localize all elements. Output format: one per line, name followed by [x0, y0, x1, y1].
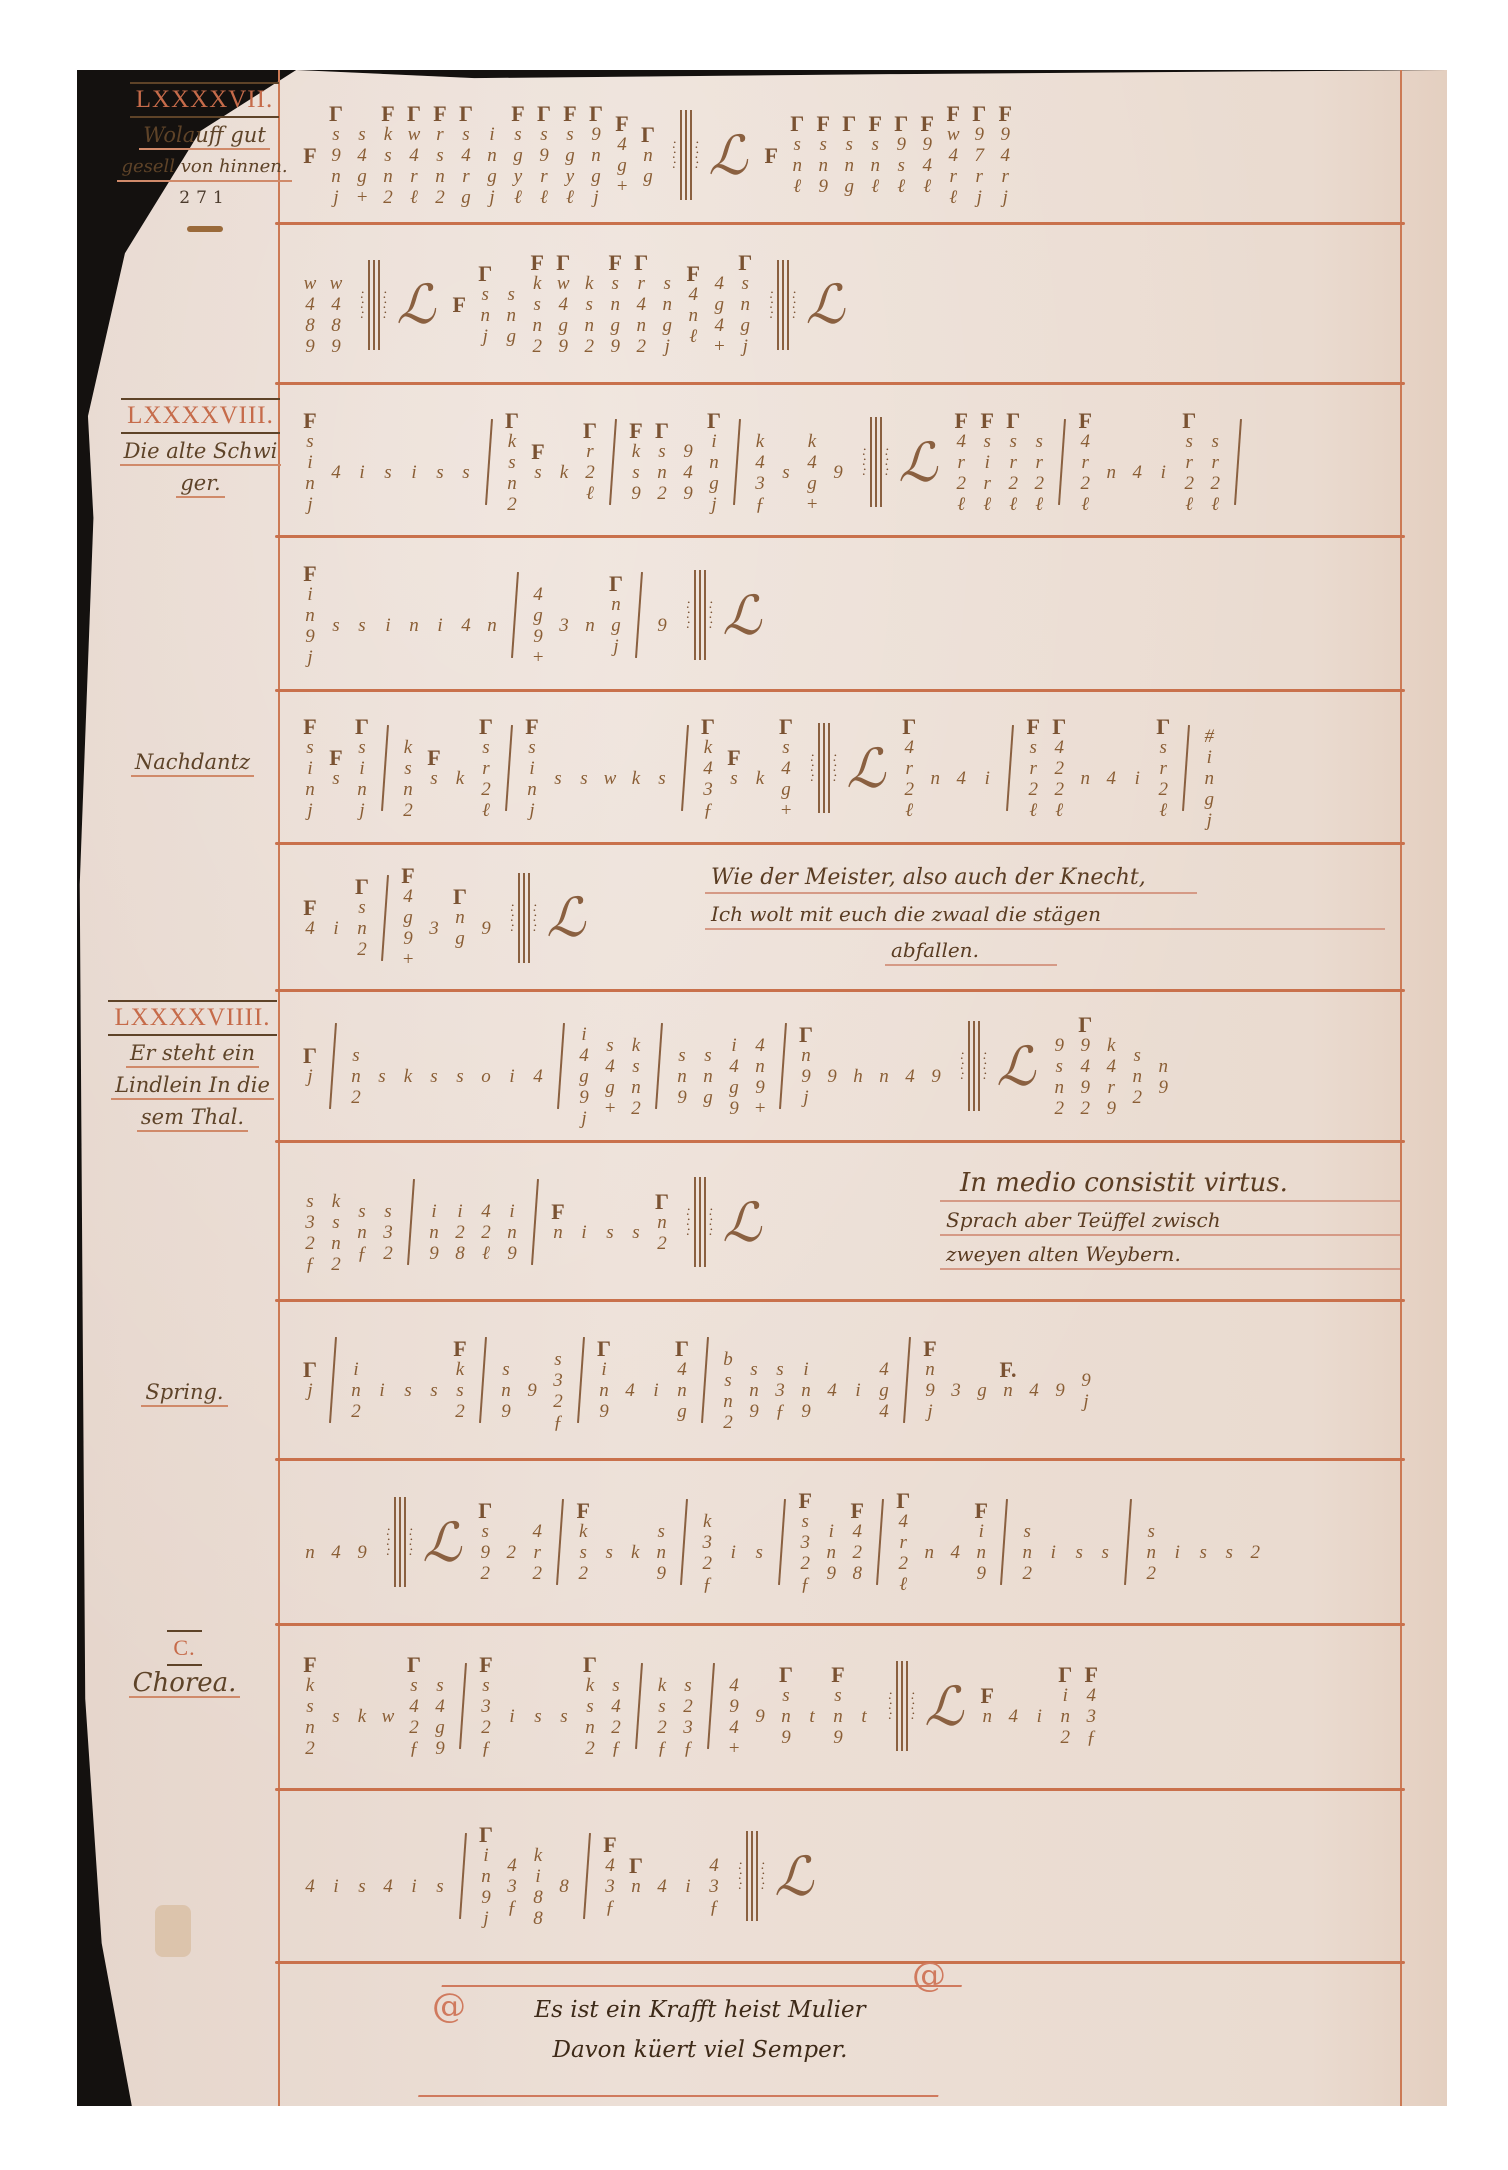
tab-chord: bsn2	[718, 1328, 738, 1433]
rhythm-flag: F	[629, 420, 642, 441]
tab-letter: ℓ	[482, 800, 490, 821]
tab-letter: 9	[1055, 1380, 1065, 1401]
tab-chord: k4r9	[1101, 1014, 1121, 1119]
tab-letter: ƒ	[657, 1738, 667, 1759]
tab-letter: r	[436, 124, 443, 145]
tab-letter: i	[1135, 768, 1140, 789]
tab-chord: s	[430, 1855, 450, 1897]
tab-letter: ℓ	[586, 483, 594, 504]
tab-chord: i	[326, 897, 346, 939]
tab-chord: Γsnj	[475, 263, 495, 347]
tab-chord: #ingj	[1199, 705, 1219, 831]
tab-chord: Fs32ƒ	[476, 1654, 496, 1759]
tab-chord: n	[300, 1521, 320, 1563]
tab-letter: i	[307, 584, 312, 605]
tab-letter: j	[613, 636, 618, 657]
tab-letter: s	[436, 1675, 443, 1696]
tab-chord: Fs32ƒ	[795, 1490, 815, 1595]
tab-chord: Γw4rℓ	[404, 103, 424, 208]
tab-letter: 2	[657, 1233, 667, 1254]
rhythm-flag	[607, 1521, 613, 1542]
tab-letter: s	[540, 124, 547, 145]
rhythm-flag	[1149, 1500, 1155, 1521]
rhythm-flag: Γ	[453, 886, 467, 907]
tab-letter: g	[807, 473, 817, 494]
tab-letter: 2	[1009, 473, 1019, 494]
tab-staff: Fsinj 4 i s i s sΓksn2Fs kΓr2ℓFks9Γsn2 9…	[300, 392, 1390, 532]
tab-letter: ℓ	[899, 1574, 907, 1595]
tab-chord: F4g+	[612, 113, 632, 197]
rhythm-flag	[1037, 1685, 1043, 1706]
paper-stain	[155, 1905, 191, 1957]
rhythm-flag: Γ	[556, 252, 570, 273]
rhythm-flag: Γ	[641, 124, 655, 145]
tab-chord: i	[678, 1855, 698, 1897]
rhythm-flag	[907, 1045, 913, 1066]
tab-chord: n	[925, 747, 945, 789]
tab-letter: i	[685, 1876, 690, 1897]
tab-chord: sn9	[672, 1024, 692, 1108]
rhythm-flag	[509, 1834, 515, 1855]
rhythm-flag: F	[551, 1201, 564, 1222]
tab-chord: i	[352, 441, 372, 483]
folio-number: 271	[112, 188, 297, 208]
tab-letter: n	[657, 1212, 667, 1233]
rhythm-flag: Γ	[779, 1664, 793, 1685]
tab-letter: k	[560, 462, 568, 483]
tab-letter: n	[507, 305, 517, 326]
tab-letter: 3	[801, 1532, 811, 1553]
tab-chord: s42ƒ	[606, 1654, 626, 1759]
tab-letter: s	[566, 124, 573, 145]
scroll-curl-right-icon: @	[912, 1955, 946, 1995]
tab-chord: 9	[352, 1521, 372, 1563]
tab-letter: 2	[637, 336, 647, 357]
rhythm-flag	[659, 1500, 665, 1521]
tab-letter: 4	[507, 1855, 517, 1876]
tab-letter: i	[855, 1380, 860, 1401]
staff-rule	[275, 1961, 1405, 1964]
tab-chord: F4r2ℓ	[951, 410, 971, 515]
tab-chord: i	[1043, 1521, 1063, 1563]
tab-chord: s4g+	[600, 1014, 620, 1119]
tab-letter: k	[384, 124, 392, 145]
rhythm-flag: F	[869, 113, 882, 134]
tab-letter: s	[358, 1876, 365, 1897]
tab-letter: s	[514, 124, 521, 145]
final-barline-flourish-icon: ::::::ℒ	[386, 1497, 461, 1587]
tab-letter: 2	[899, 1553, 909, 1574]
rhythm-flag: F	[831, 1664, 844, 1685]
tab-letter: ℓ	[1081, 494, 1089, 515]
barline	[505, 725, 513, 811]
piece-title-line: Chorea.	[129, 1670, 241, 1698]
tab-letter: n	[677, 1380, 687, 1401]
tab-letter: s	[554, 768, 561, 789]
tab-letter: 2	[351, 1401, 361, 1422]
tab-chord: Γ4r2ℓ	[899, 716, 919, 821]
tab-chord: sn2	[1141, 1500, 1161, 1584]
rhythm-flag: Γ	[779, 716, 793, 737]
tab-letter: 8	[331, 315, 341, 336]
tab-letter: n	[1061, 1706, 1071, 1727]
tab-chord: 4g4+	[709, 252, 729, 357]
tab-letter: 2	[703, 1553, 713, 1574]
rhythm-flag	[431, 1180, 437, 1201]
tab-letter: k	[456, 1359, 464, 1380]
tab-letter: 3	[755, 473, 765, 494]
tab-letter: s	[1030, 737, 1037, 758]
tab-letter: 9	[591, 124, 601, 145]
barline	[635, 572, 643, 658]
tab-letter: n	[827, 1542, 837, 1563]
tab-chord: t	[802, 1685, 822, 1727]
tab-letter: n	[833, 1706, 843, 1727]
tab-chord: s32ƒ	[300, 1170, 320, 1275]
tab-letter: y	[514, 166, 522, 187]
rhythm-flag	[711, 1834, 717, 1855]
rhythm-flag	[385, 1180, 391, 1201]
tab-letter: ℓ	[1009, 494, 1017, 515]
tab-chord: k43ƒ	[750, 410, 770, 515]
tab-letter: s	[782, 462, 789, 483]
tab-letter: s	[872, 134, 879, 155]
tab-letter: 2	[507, 494, 517, 515]
tab-letter: 4	[617, 134, 627, 155]
tab-chord: ks2ƒ	[652, 1654, 672, 1759]
rhythm-flag	[933, 1045, 939, 1066]
tab-letter: n	[689, 305, 699, 326]
tab-letter: +	[604, 1098, 617, 1119]
tab-chord: s	[398, 1359, 418, 1401]
tab-letter: g	[533, 605, 543, 626]
tab-chord: 9	[1050, 1359, 1070, 1401]
tab-letter: 4	[729, 1675, 739, 1696]
tab-letter: 3	[775, 1380, 785, 1401]
tab-letter: n	[1159, 1056, 1169, 1077]
rhythm-flag	[1135, 747, 1141, 768]
rhythm-flag: F	[381, 103, 394, 124]
final-barline-flourish-icon: ::::::ℒ	[686, 570, 761, 660]
tab-letter: 8	[455, 1243, 465, 1264]
tab-chord: 4	[378, 1855, 398, 1897]
tab-chord: s23ƒ	[678, 1654, 698, 1759]
tab-chord: Γsnℓ	[787, 113, 807, 197]
tab-letter: ℓ	[983, 494, 991, 515]
tab-letter: j	[743, 336, 748, 357]
tab-chord: i	[372, 1359, 392, 1401]
tab-staff: Fin9j s s i n i 4 n 4g9+ 3 nΓngj 9::::::…	[300, 545, 820, 685]
tab-letter: r	[1030, 758, 1037, 779]
tab-letter: n	[1081, 768, 1091, 789]
tab-letter: j	[483, 1908, 488, 1929]
tab-letter: 4	[957, 431, 967, 452]
tab-chord: 2	[1245, 1521, 1265, 1563]
staff-rule	[275, 222, 1405, 225]
tab-letter: 4	[625, 1380, 635, 1401]
rhythm-flag	[725, 1328, 731, 1349]
tab-chord: w	[600, 747, 620, 789]
tab-letter: k	[404, 1066, 412, 1087]
tab-letter: w	[947, 124, 960, 145]
rhythm-flag	[353, 1024, 359, 1045]
tab-letter: 4	[905, 737, 915, 758]
tab-letter: s	[456, 1380, 463, 1401]
tab-letter: 9	[975, 124, 985, 145]
tab-letter: s	[898, 155, 905, 176]
tab-letter: s	[1160, 737, 1167, 758]
tab-letter: g	[611, 615, 621, 636]
tab-chord: s	[1219, 1521, 1239, 1563]
tab-letter: 9	[527, 1380, 537, 1401]
tab-letter: 2	[1133, 1087, 1143, 1108]
rhythm-flag	[359, 103, 365, 124]
tab-letter: s	[658, 441, 665, 462]
barline	[701, 1337, 709, 1423]
tab-letter: s	[358, 124, 365, 145]
tab-letter: s	[606, 1542, 613, 1563]
tab-letter: s	[508, 452, 515, 473]
tab-letter: i	[483, 1845, 488, 1866]
tab-letter: +	[780, 800, 793, 821]
tab-letter: s	[482, 284, 489, 305]
tab-chord: Γsn2	[352, 876, 372, 960]
tab-chord: i	[502, 1685, 522, 1727]
tab-chord: F4g9+	[398, 865, 418, 970]
rhythm-flag	[555, 1328, 561, 1349]
tab-letter: r	[1212, 452, 1219, 473]
rhythm-flag	[489, 594, 495, 615]
tab-letter: j	[803, 1087, 808, 1108]
tab-letter: +	[713, 336, 726, 357]
staff-rule	[275, 1140, 1405, 1143]
tab-chord: Γ9ngj	[586, 103, 606, 208]
tab-letter: 4	[403, 886, 413, 907]
tab-letter: r	[958, 452, 965, 473]
tab-letter: +	[532, 647, 545, 668]
tab-letter: 4	[755, 452, 765, 473]
tab-letter: r	[1010, 452, 1017, 473]
tab-letter: r	[482, 758, 489, 779]
tab-letter: 2	[631, 1098, 641, 1119]
tab-letter: i	[829, 1521, 834, 1542]
tab-letter: 4	[879, 1359, 889, 1380]
tab-letter: ℓ	[897, 176, 905, 197]
tab-letter: n	[383, 166, 393, 187]
tab-chord: Γin2	[1055, 1664, 1075, 1748]
tab-letter: s	[1036, 431, 1043, 452]
tab-chord: 4	[1101, 747, 1121, 789]
tab-chord: s	[600, 1201, 620, 1243]
rhythm-flag	[359, 1521, 365, 1542]
rhythm-flag	[1135, 441, 1141, 462]
tab-chord: i4g9	[724, 1014, 744, 1119]
tab-letter: w	[557, 273, 570, 294]
tab-chord: s	[378, 441, 398, 483]
rhythm-flag	[607, 747, 613, 768]
tab-chord: Fsinj	[300, 716, 320, 821]
tab-letter: 9	[305, 336, 315, 357]
tab-chord: s	[326, 1685, 346, 1727]
right-margin-rule	[1400, 70, 1402, 2106]
tab-letter: 2	[305, 1233, 315, 1254]
rhythm-flag: F.	[1000, 1359, 1017, 1380]
rhythm-flag: F	[453, 1338, 466, 1359]
tab-letter: 2	[1211, 473, 1221, 494]
tab-letter: 2	[1061, 1727, 1071, 1748]
tab-letter: 2	[683, 1696, 693, 1717]
tab-chord: Fks2	[573, 1500, 593, 1584]
tab-letter: 9	[827, 1563, 837, 1584]
rhythm-flag	[757, 1014, 763, 1035]
tab-letter: n	[507, 1222, 517, 1243]
rhythm-flag: F	[851, 1500, 864, 1521]
tab-letter: n	[749, 1380, 759, 1401]
tab-letter: ƒ	[481, 1738, 491, 1759]
rhythm-flag: F	[981, 410, 994, 431]
barline	[556, 1499, 564, 1585]
tab-letter: s	[306, 1191, 313, 1212]
tab-chord: Γksn2	[502, 410, 522, 515]
tab-letter: s	[1102, 1542, 1109, 1563]
tab-letter: i	[509, 1066, 514, 1087]
staff-rule	[275, 989, 1405, 992]
tab-letter: 2	[611, 1717, 621, 1738]
tab-letter: s	[664, 273, 671, 294]
tab-chord: h	[848, 1045, 868, 1087]
tab-letter: s	[730, 768, 737, 789]
rhythm-flag	[405, 1359, 411, 1380]
staff-rule	[275, 1299, 1405, 1302]
rhythm-flag	[659, 747, 665, 768]
rhythm-flag: Γ	[478, 1500, 492, 1521]
tab-letter: 4	[689, 284, 699, 305]
tab-chord: n	[1101, 441, 1121, 483]
rhythm-flag	[835, 441, 841, 462]
tab-letter: j	[977, 187, 982, 208]
tab-letter: r	[1108, 1077, 1115, 1098]
tab-letter: i	[731, 1542, 736, 1563]
tab-letter: 9	[657, 1563, 667, 1584]
tab-letter: n	[871, 155, 881, 176]
tab-chord: k	[626, 747, 646, 789]
tab-letter: 2	[409, 1717, 419, 1738]
tab-letter: 9	[1081, 1077, 1091, 1098]
rhythm-flag	[437, 441, 443, 462]
rhythm-flag	[333, 441, 339, 462]
tab-letter: t	[809, 1706, 814, 1727]
rhythm-flag: F	[531, 441, 544, 462]
tab-letter: s	[794, 134, 801, 155]
rhythm-flag	[1109, 441, 1115, 462]
rhythm-flag	[307, 252, 313, 273]
tab-letter: 2	[383, 1243, 393, 1264]
tab-chord: 4	[300, 1855, 320, 1897]
tab-letter: k	[632, 441, 640, 462]
tab-letter: i	[1161, 462, 1166, 483]
tab-chord: n	[482, 594, 502, 636]
tab-letter: 4	[533, 1066, 543, 1087]
tab-letter: 2	[351, 1087, 361, 1108]
tab-letter: 9	[1001, 124, 1011, 145]
tab-chord: i4g9j	[574, 1003, 594, 1129]
tab-letter: s	[306, 737, 313, 758]
rhythm-flag: Γ	[896, 1490, 910, 1511]
tab-letter: n	[1107, 462, 1117, 483]
barline	[1182, 725, 1190, 811]
tab-letter: i	[731, 1035, 736, 1056]
rhythm-flag	[777, 1338, 783, 1359]
piece-title-line: Nachdantz	[131, 749, 254, 777]
tab-letter: i	[529, 758, 534, 779]
rhythm-flag	[307, 1521, 313, 1542]
tab-letter: s	[534, 294, 541, 315]
rhythm-flag: F	[577, 1500, 590, 1521]
tab-chord: s	[430, 441, 450, 483]
tab-chord: Γs92	[475, 1500, 495, 1584]
tab-letter: k	[306, 1675, 314, 1696]
tab-letter: j	[927, 1401, 932, 1422]
tab-letter: 8	[533, 1908, 543, 1929]
rhythm-flag	[509, 1180, 515, 1201]
tab-letter: o	[481, 1066, 491, 1087]
tab-letter: 2	[481, 1717, 491, 1738]
tab-letter: s	[1226, 1542, 1233, 1563]
rhythm-flag: Γ	[1078, 1014, 1092, 1035]
rhythm-flag	[509, 1521, 515, 1542]
tab-letter: g	[513, 145, 523, 166]
tab-letter: r	[1002, 166, 1009, 187]
tab-letter: 8	[559, 1876, 569, 1897]
rhythm-flag: F	[615, 113, 628, 134]
tab-letter: n	[527, 779, 537, 800]
tab-chord: Γsr2ℓ	[1003, 410, 1023, 515]
piece-number: C.	[167, 1630, 201, 1666]
barline	[531, 1179, 539, 1265]
tab-letter: n	[357, 1222, 367, 1243]
tab-letter: n	[533, 315, 543, 336]
tab-letter: 7	[975, 145, 985, 166]
final-barline-flourish-icon: ::::::ℒ	[510, 873, 585, 963]
tab-letter: s	[332, 1706, 339, 1727]
tab-letter: n	[657, 1542, 667, 1563]
tab-letter: s	[1200, 1542, 1207, 1563]
tab-chord: in9	[796, 1338, 816, 1422]
tab-letter: 9	[539, 145, 549, 166]
tab-letter: ℓ	[905, 800, 913, 821]
tab-letter: n	[553, 1222, 563, 1243]
rhythm-flag	[861, 1685, 867, 1706]
barline	[479, 1337, 487, 1423]
tab-letter: 4	[481, 1201, 491, 1222]
tab-letter: n	[331, 1233, 341, 1254]
tab-chord: s	[652, 747, 672, 789]
barline	[655, 1023, 663, 1109]
tab-letter: 9	[631, 483, 641, 504]
rhythm-flag	[457, 1180, 463, 1201]
tab-letter: 9	[977, 1563, 987, 1584]
rhythm-flag	[411, 1855, 417, 1876]
rhythm-flag	[359, 1685, 365, 1706]
tab-letter: 9	[331, 336, 341, 357]
tab-letter: n	[801, 1045, 811, 1066]
rhythm-flag	[587, 252, 593, 273]
tab-letter: 2	[1159, 779, 1169, 800]
rhythm-flag: F	[975, 1500, 988, 1521]
piece-title-nachdantz: Nachdantz	[100, 745, 285, 777]
tab-letter: g	[729, 1077, 739, 1098]
tab-chord: i	[977, 747, 997, 789]
